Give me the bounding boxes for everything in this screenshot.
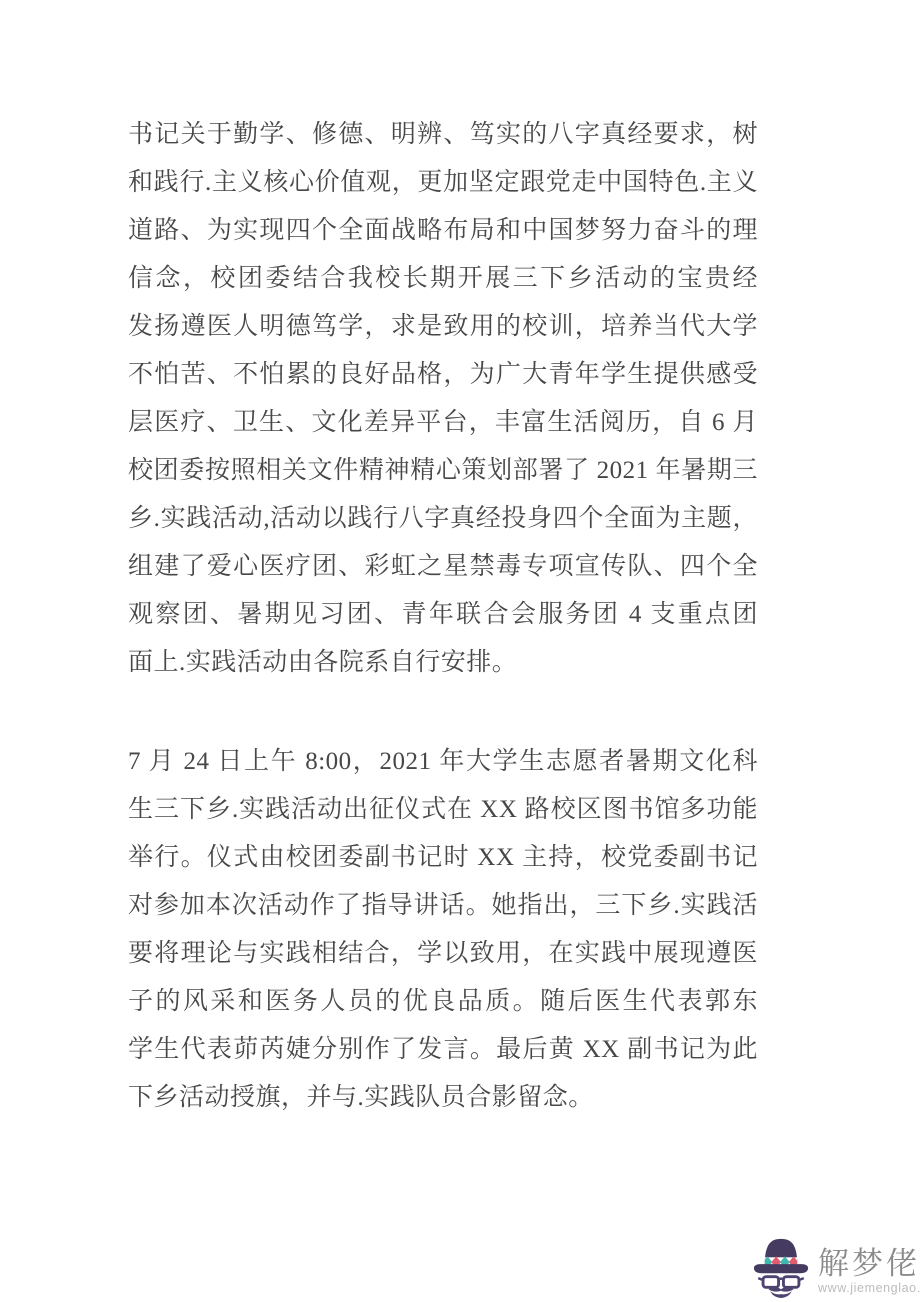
text-line: 不怕苦、不怕累的良好品格，为广大青年学生提供感受基 <box>128 351 758 399</box>
text-line: 层医疗、卫生、文化差异平台，丰富生活阅历，自 6 月来， <box>128 399 758 447</box>
text-line: 7 月 24 日上午 8:00，2021 年大学生志愿者暑期文化科技卫 <box>128 738 758 786</box>
text-line: 子的风采和医务人员的优良品质。随后医生代表郭东辉， <box>128 978 758 1026</box>
text-line: 对参加本次活动作了指导讲话。她指出，三下乡.实践活动 <box>128 882 758 930</box>
site-watermark: 解梦佬 www.jiemenglao.com <box>750 1236 916 1298</box>
paragraph-1: 书记关于勤学、修德、明辨、笃实的八字真经要求，树立和践行.主义核心价值观，更加坚… <box>128 111 758 687</box>
brand-name: 解梦佬 <box>818 1248 920 1279</box>
text-line: 和践行.主义核心价值观，更加坚定跟党走中国特色.主义 <box>128 159 758 207</box>
paragraph-2: 7 月 24 日上午 8:00，2021 年大学生志愿者暑期文化科技卫生三下乡.… <box>128 738 758 1122</box>
glasses-icon <box>758 1277 804 1288</box>
text-line: 发扬遵医人明德笃学，求是致用的校训，培养当代大学生 <box>128 303 758 351</box>
text-line: 下乡活动授旗，并与.实践队员合影留念。 <box>128 1074 758 1122</box>
site-url: www.jiemenglao.com <box>818 1282 920 1295</box>
text-line: 组建了爱心医疗团、彩虹之星禁毒专项宣传队、四个全面 <box>128 543 758 591</box>
watermark-text: 解梦佬 www.jiemenglao.com <box>818 1236 920 1295</box>
text-line: 信念，校团委结合我校长期开展三下乡活动的宝贵经验， <box>128 255 758 303</box>
text-line: 生三下乡.实践活动出征仪式在 XX 路校区图书馆多功能厅 <box>128 786 758 834</box>
text-line: 举行。仪式由校团委副书记时 XX 主持，校党委副书记黄 XX <box>128 834 758 882</box>
text-line: 道路、为实现四个全面战略布局和中国梦努力奋斗的理想 <box>128 207 758 255</box>
text-line: 书记关于勤学、修德、明辨、笃实的八字真经要求，树立 <box>128 111 758 159</box>
document-page: { "page": { "background": "#ffffff", "te… <box>0 0 920 1302</box>
text-line: 观察团、暑期见习团、青年联合会服务团 4 支重点团队， <box>128 591 758 639</box>
text-line: 要将理论与实践相结合，学以致用，在实践中展现遵医学 <box>128 930 758 978</box>
text-line: 面上.实践活动由各院系自行安排。 <box>128 639 758 687</box>
mascot-hat-face-icon <box>750 1236 812 1298</box>
document-text: 书记关于勤学、修德、明辨、笃实的八字真经要求，树立和践行.主义核心价值观，更加坚… <box>128 111 758 1122</box>
text-line: 校团委按照相关文件精神精心策划部署了 2021 年暑期三下 <box>128 447 758 495</box>
text-line: 学生代表茆芮婕分别作了发言。最后黄 XX 副书记为此次三 <box>128 1026 758 1074</box>
text-line: 乡.实践活动,活动以践行八字真经投身四个全面为主题， <box>128 495 758 543</box>
